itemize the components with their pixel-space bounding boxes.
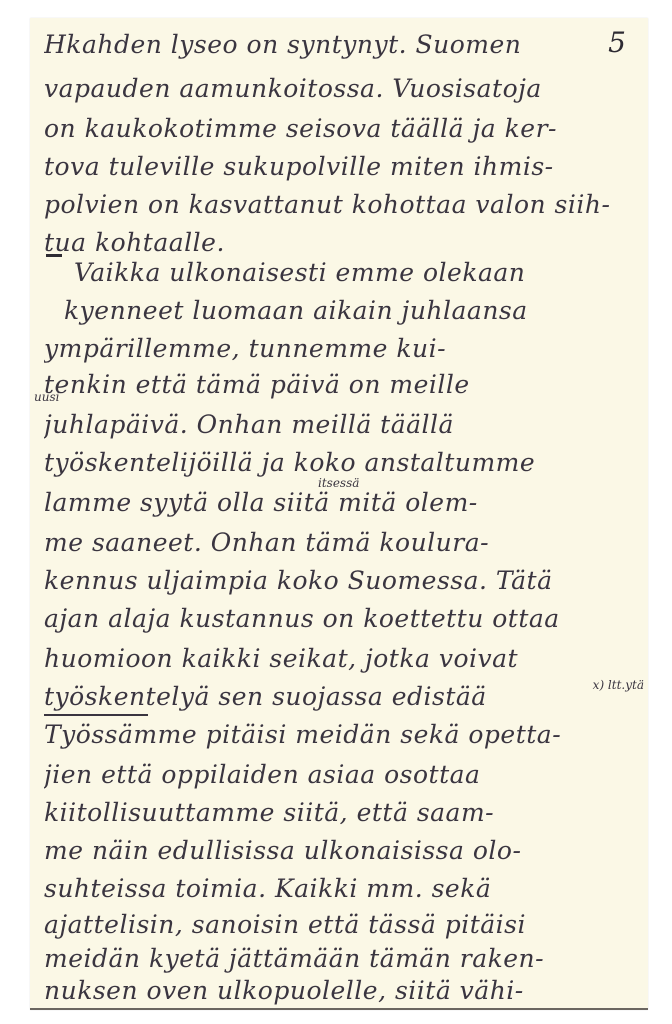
manuscript-line: kiitollisuuttamme siitä, että saam- (44, 798, 634, 827)
manuscript-line: polvien on kasvattanut kohottaa valon si… (44, 190, 634, 219)
handwritten-page: 5 Hkahden lyseo on syntynyt. Suomen vapa… (30, 18, 648, 1010)
margin-annotation: x) ltt.ytä (593, 678, 644, 692)
manuscript-line: meidän kyetä jättämään tämän raken- (44, 944, 634, 973)
margin-annotation: uusi (34, 390, 59, 404)
manuscript-line: suhteissa toimia. Kaikki mm. sekä (44, 874, 634, 903)
manuscript-line: kyenneet luomaan aikain juhlaansa (64, 296, 634, 325)
manuscript-lines: Hkahden lyseo on syntynyt. Suomen vapaud… (30, 18, 648, 1008)
manuscript-line: ajattelisin, sanoisin että tässä pitäisi (44, 910, 634, 939)
manuscript-line: Vaikka ulkonaisesti emme olekaan (74, 258, 634, 287)
manuscript-line: on kaukokotimme seisova täällä ja ker- (44, 114, 634, 143)
manuscript-line: me näin edullisissa ulkonaisissa olo- (44, 836, 634, 865)
manuscript-line: me saaneet. Onhan tämä koulura- (44, 528, 634, 557)
manuscript-line: Hkahden lyseo on syntynyt. Suomen (44, 30, 634, 59)
manuscript-line: tova tuleville sukupolville miten ihmis- (44, 152, 634, 181)
manuscript-line: nuksen oven ulkopuolelle, siitä vähi- (44, 976, 634, 1005)
manuscript-line: jien että oppilaiden asiaa osottaa (44, 760, 634, 789)
underline-mark (44, 714, 148, 716)
manuscript-line: ajan alaja kustannus on koettettu ottaa (44, 604, 634, 633)
manuscript-line: Työssämme pitäisi meidän sekä opetta- (44, 720, 634, 749)
manuscript-line: huomioon kaikki seikat, jotka voivat (44, 644, 634, 673)
manuscript-line: lamme syytä olla siitä mitä olem- (44, 488, 634, 517)
manuscript-line: vapauden aamunkoitossa. Vuosisatoja (44, 74, 634, 103)
manuscript-line: tenkin että tämä päivä on meille (44, 370, 634, 399)
manuscript-line: työskentelyä sen suojassa edistää (44, 682, 558, 711)
manuscript-line: työskentelijöillä ja koko anstaltumme (44, 448, 634, 477)
manuscript-line: kennus uljaimpia koko Suomessa. Tätä (44, 566, 634, 595)
manuscript-line: juhlapäivä. Onhan meillä täällä (44, 410, 634, 439)
manuscript-line: tua kohtaalle. (44, 228, 634, 257)
manuscript-line: ympärillemme, tunnemme kui- (44, 334, 634, 363)
